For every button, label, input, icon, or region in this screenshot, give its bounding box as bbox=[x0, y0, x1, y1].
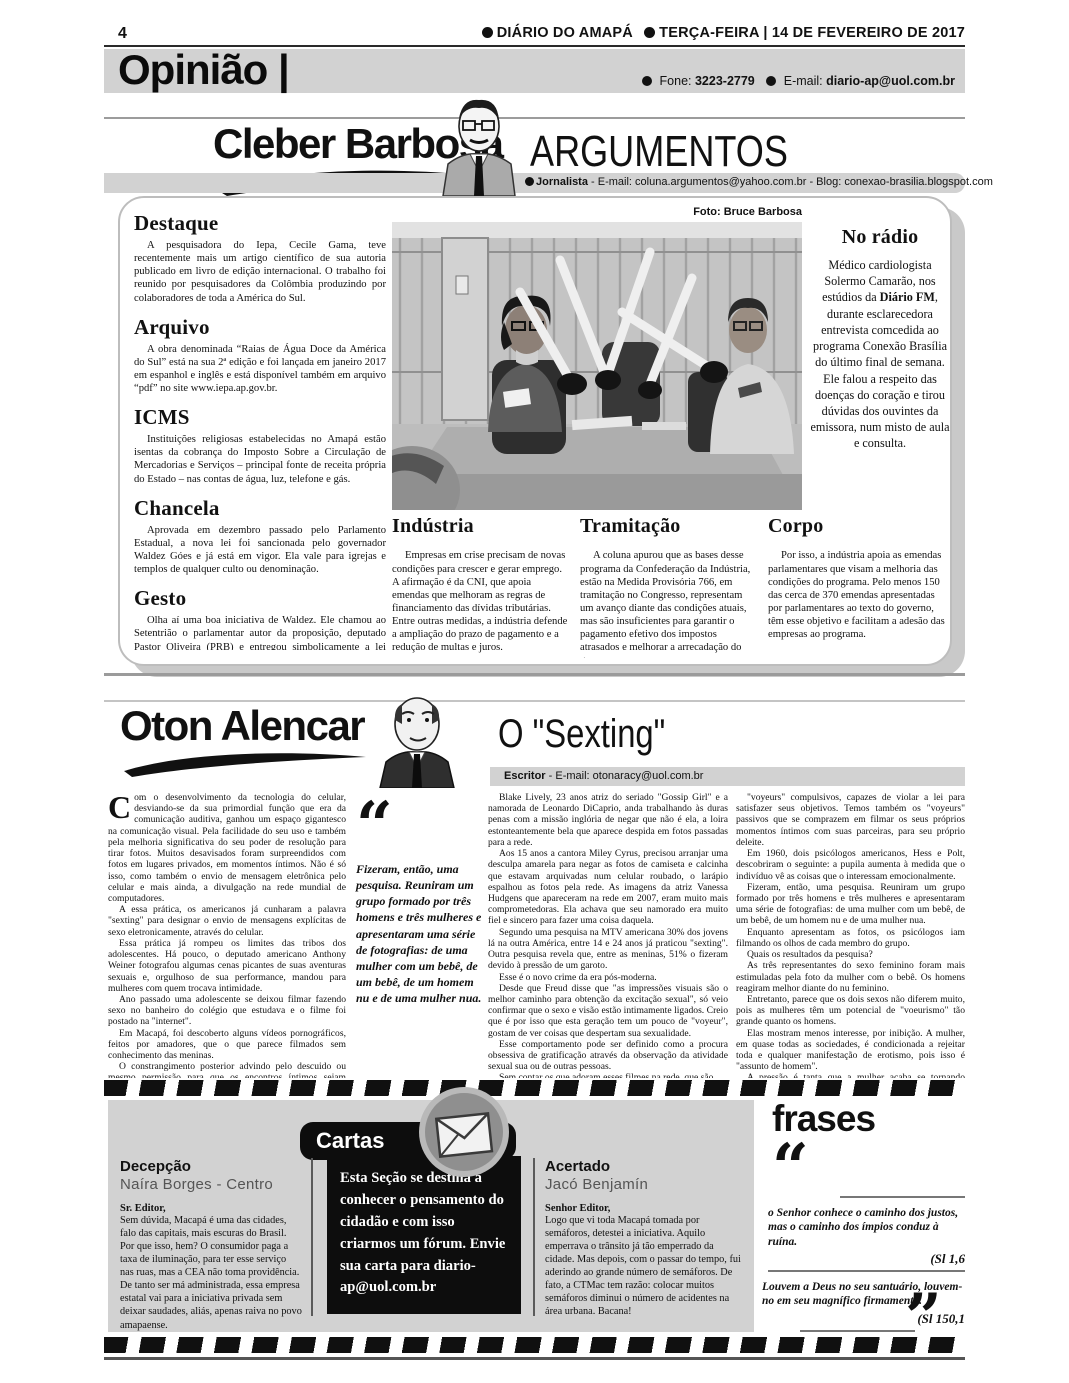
credit-email: coluna.argumentos@yahoo.com.br bbox=[635, 176, 806, 188]
masthead-line: DIÁRIO DO AMAPÁ TERÇA-FEIRA | 14 DE FEVE… bbox=[482, 25, 965, 41]
frases-rule bbox=[768, 1270, 965, 1272]
paragraph: Aos 15 anos a cantora Miley Cyrus, preci… bbox=[488, 848, 728, 927]
note-heading: Arquivo bbox=[134, 314, 386, 340]
industria-text: Empresas em crise precisam de novas cond… bbox=[392, 549, 568, 654]
paragraph: Ano passado uma adolescente se deixou fi… bbox=[108, 994, 346, 1028]
phone-label: Fone: bbox=[660, 74, 692, 88]
dashed-stripe bbox=[104, 1337, 965, 1353]
paragraph: A essa prática, os americanos já cunhara… bbox=[108, 904, 346, 938]
radio-heading: No rádio bbox=[810, 226, 950, 249]
quote-text: o Senhor conhece o caminho dos justos, m… bbox=[768, 1206, 965, 1249]
corpo-heading: Corpo bbox=[768, 514, 948, 539]
paragraph: Blake Lively, 23 anos atriz do seriado "… bbox=[488, 792, 728, 848]
globe-icon bbox=[766, 76, 776, 86]
paragraph: "voyeurs" compulsivos, capazes de violar… bbox=[736, 792, 965, 848]
note-heading: ICMS bbox=[134, 404, 386, 430]
quote-ref: (Sl 1,6 bbox=[768, 1251, 965, 1267]
note-text: Instituições religiosas estabelecidas no… bbox=[134, 433, 386, 486]
radio-text-after: , durante esclarecedora entrevista comce… bbox=[810, 290, 949, 450]
sexting-author: Oton Alencar bbox=[120, 702, 364, 750]
letter-decepcao: Decepção Naíra Borges - Centro Sr. Edito… bbox=[120, 1158, 302, 1332]
argumentos-notes-column: Destaque A pesquisadora do Iepa, Cecile … bbox=[134, 210, 386, 650]
sexting-title: O "Sexting" bbox=[498, 712, 665, 757]
paragraph: Em Macapá, foi descoberto alguns vídeos … bbox=[108, 1028, 346, 1062]
lead-text: om o desenvolvimento da tecnologia do ce… bbox=[108, 792, 346, 904]
masthead-title: DIÁRIO DO AMAPÁ bbox=[497, 25, 633, 41]
note-text: A obra denominada “Raias de Água Doce da… bbox=[134, 343, 386, 396]
pullquote-text: Fizeram, então, uma pesquisa. Reuniram u… bbox=[356, 861, 482, 1006]
masthead-date: TERÇA-FEIRA | 14 DE FEVEREIRO DE 2017 bbox=[659, 25, 965, 41]
column-paragraphs: "voyeurs" compulsivos, capazes de violar… bbox=[736, 792, 965, 1078]
contact-line: Fone: 3223-2779 E-mail: diario-ap@uol.co… bbox=[642, 74, 955, 88]
radio-studio-photo bbox=[392, 222, 802, 510]
letter-author: Naíra Borges - Centro bbox=[120, 1176, 302, 1193]
note-heading: Destaque bbox=[134, 210, 386, 236]
section-band: Opinião | Fone: 3223-2779 E-mail: diario… bbox=[104, 49, 965, 93]
frases-quote-1: o Senhor conhece o caminho dos justos, m… bbox=[768, 1206, 965, 1267]
corpo-column: Corpo Por isso, a indústria apoia as eme… bbox=[768, 514, 948, 658]
note-heading: Chancela bbox=[134, 495, 386, 521]
letter-title: Decepção bbox=[120, 1158, 302, 1175]
drop-cap: C bbox=[108, 792, 134, 820]
credit-role: Escritor bbox=[504, 770, 546, 782]
argumentos-box: Destaque A pesquisadora do Iepa, Cecile … bbox=[118, 196, 952, 666]
letter-author: Jacó Benjamín bbox=[545, 1176, 741, 1193]
credit-role: Jornalista bbox=[536, 176, 588, 188]
credit-email-label: - E-mail: bbox=[546, 770, 593, 782]
letter-salutation: Sr. Editor, bbox=[120, 1203, 302, 1214]
frases-rule bbox=[800, 1330, 915, 1332]
radio-column: No rádio Médico cardiologista Solermo Ca… bbox=[810, 226, 950, 518]
section-divider bbox=[104, 673, 965, 676]
close-quote-icon: ” bbox=[905, 1292, 938, 1343]
paragraph: Segundo uma pesquisa na MTV americana 30… bbox=[488, 927, 728, 972]
article-column-2: Blake Lively, 23 anos atriz do seriado "… bbox=[488, 792, 728, 1078]
globe-icon bbox=[642, 76, 652, 86]
envelope-icon bbox=[416, 1082, 512, 1182]
letter-body: Logo que vi toda Macapá tomada por semáf… bbox=[545, 1214, 741, 1319]
column-divider bbox=[311, 1158, 313, 1316]
corpo-text: Por isso, a indústria apoia as emendas p… bbox=[768, 549, 948, 641]
radio-text-bold: Diário FM bbox=[880, 290, 935, 304]
tramitacao-text: A coluna apurou que as bases desse progr… bbox=[580, 549, 756, 658]
credit-email: otonaracy@uol.com.br bbox=[593, 770, 704, 782]
cleber-barbosa-caricature bbox=[435, 92, 523, 196]
note-text: Olha aí uma boa iniciativa de Waldez. El… bbox=[134, 614, 386, 650]
paragraph: Fizeram, então, uma pesquisa. Reuniram u… bbox=[736, 882, 965, 927]
sexting-credit-band: Escritor - E-mail: otonaracy@uol.com.br bbox=[490, 767, 965, 786]
email-label: E-mail: bbox=[784, 74, 823, 88]
industria-column: Indústria Empresas em crise precisam de … bbox=[392, 514, 568, 658]
photo-caption: Foto: Bruce Barbosa bbox=[392, 206, 802, 218]
page-number: 4 bbox=[118, 25, 127, 43]
divider-rule bbox=[104, 117, 965, 119]
column-paragraphs: A essa prática, os americanos já cunhara… bbox=[108, 904, 346, 1078]
paragraph: As três representantes do sexo feminino … bbox=[736, 960, 965, 994]
tramitacao-heading: Tramitação bbox=[580, 514, 756, 539]
column-paragraphs: Blake Lively, 23 anos atriz do seriado "… bbox=[488, 792, 728, 1078]
letter-title: Acertado bbox=[545, 1158, 741, 1175]
paragraph: Elas mostram menos interesse, por inibiç… bbox=[736, 1028, 965, 1073]
credit-blog: conexao-brasilia.blogspot.com bbox=[844, 176, 993, 188]
globe-icon bbox=[644, 27, 655, 38]
dashed-stripe bbox=[104, 1080, 965, 1096]
paragraph: Desde que Freud disse que "as impressões… bbox=[488, 983, 728, 1039]
argumentos-title: ARGUMENTOS bbox=[530, 127, 788, 177]
paragraph: O constrangimento posterior advindo pelo… bbox=[108, 1061, 346, 1078]
letter-salutation: Senhor Editor, bbox=[545, 1203, 741, 1214]
phone-number: 3223-2779 bbox=[695, 74, 755, 88]
note-heading: Gesto bbox=[134, 585, 386, 611]
paragraph: Entretanto, parece que os dois sexos não… bbox=[736, 994, 965, 1028]
section-title: Opinião | bbox=[118, 46, 289, 94]
frases-rule bbox=[840, 1196, 965, 1198]
credit-blog-label: - Blog: bbox=[806, 176, 844, 188]
paragraph: Em 1960, dois psicólogos americanos, Hes… bbox=[736, 848, 965, 882]
newspaper-page: 4 DIÁRIO DO AMAPÁ TERÇA-FEIRA | 14 DE FE… bbox=[0, 0, 1069, 1383]
pullquote-block: “ Fizeram, então, uma pesquisa. Reuniram… bbox=[356, 800, 482, 1006]
paragraph: Enquanto apresentam as fotos, os psicólo… bbox=[736, 927, 965, 949]
industria-heading: Indústria bbox=[392, 514, 568, 539]
globe-icon bbox=[482, 27, 493, 38]
tramitacao-column: Tramitação A coluna apurou que as bases … bbox=[580, 514, 756, 658]
letter-acertado: Acertado Jacó Benjamín Senhor Editor, Lo… bbox=[545, 1158, 741, 1319]
letter-body: Sem dúvida, Macapá é uma das cidades, fa… bbox=[120, 1214, 302, 1332]
paragraph: A pressão é tanta que a mulher acaba se … bbox=[736, 1072, 965, 1078]
open-quote-icon: “ bbox=[356, 800, 482, 851]
argumentos-credit: Jornalista - E-mail: coluna.argumentos@y… bbox=[525, 176, 993, 188]
paragraph: Essa prática já rompeu os limites das tr… bbox=[108, 938, 346, 994]
paragraph: Quais os resultados da pesquisa? bbox=[736, 949, 965, 960]
sexting-credit: Escritor - E-mail: otonaracy@uol.com.br bbox=[504, 770, 703, 782]
paragraph: Esse é o novo crime da era pós-moderna. bbox=[488, 972, 728, 983]
argumentos-credit-band: Jornalista - E-mail: coluna.argumentos@y… bbox=[104, 173, 965, 193]
cartas-panel: Cartas Decepção Naíra Borges - Centro Sr… bbox=[108, 1100, 754, 1332]
radio-text: Médico cardiologista Solermo Camarão, no… bbox=[810, 257, 950, 452]
swoosh-underline bbox=[120, 749, 372, 777]
article-column-1: Com o desenvolvimento da tecnologia do c… bbox=[108, 792, 346, 1078]
paragraph: Esse comportamento pode ser definido com… bbox=[488, 1039, 728, 1073]
credit-email-label: - E-mail: bbox=[588, 176, 635, 188]
note-text: A pesquisadora do Iepa, Cecile Gama, tev… bbox=[134, 239, 386, 305]
email-address: diario-ap@uol.com.br bbox=[826, 74, 955, 88]
column-divider bbox=[533, 1158, 535, 1316]
open-quote-icon: “ bbox=[772, 1142, 805, 1193]
paragraph: Sem contar os que adoram esses filmes na… bbox=[488, 1072, 728, 1078]
lead-paragraph: Com o desenvolvimento da tecnologia do c… bbox=[108, 792, 346, 904]
oton-alencar-caricature bbox=[372, 690, 460, 788]
pen-icon bbox=[525, 177, 534, 186]
article-column-3: "voyeurs" compulsivos, capazes de violar… bbox=[736, 792, 965, 1078]
note-text: Aprovada em dezembro passado pelo Parlam… bbox=[134, 524, 386, 577]
bottom-rule bbox=[104, 1357, 965, 1360]
